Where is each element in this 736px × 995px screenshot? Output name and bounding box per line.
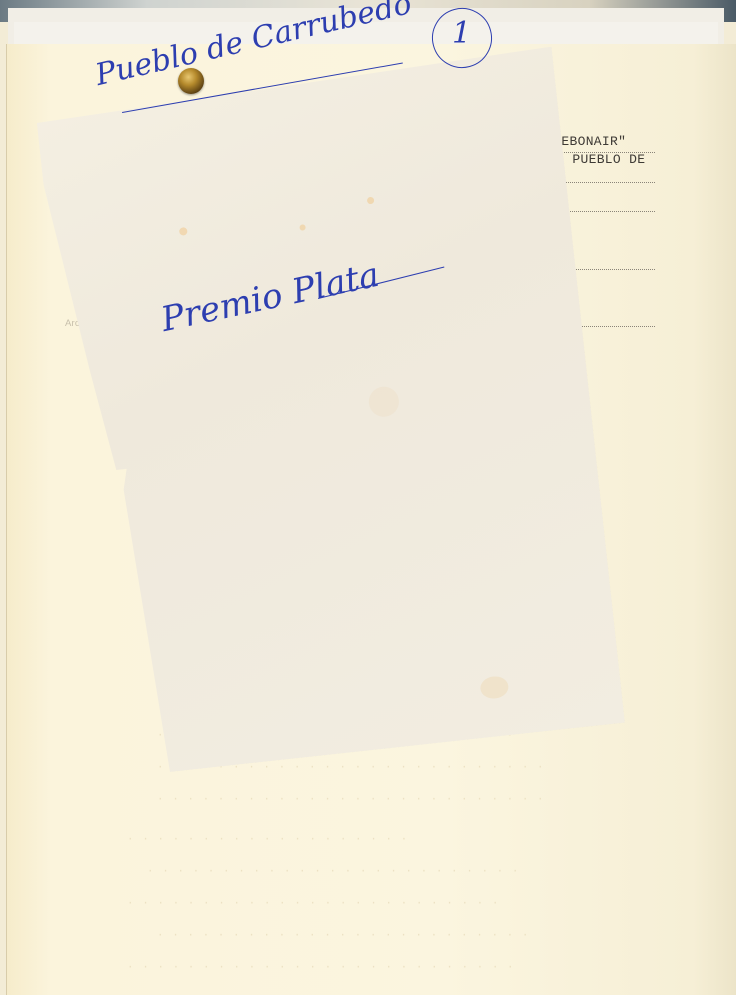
- foxing-stain: [367, 197, 375, 205]
- bleed-text-line: · · · · · · · · · · · · · · · · · · ·: [127, 834, 408, 846]
- note-number: 1: [452, 16, 471, 51]
- bleed-text-line: · · · · · · · · · · · · · · · · · · · · …: [157, 930, 529, 942]
- foxing-stain: [179, 227, 188, 236]
- brass-pin-icon: [178, 68, 204, 94]
- bleed-text-line: · · · · · · · · · · · · · · · · · · · · …: [127, 898, 499, 910]
- foxing-stain: [367, 385, 400, 418]
- foxing-stain: [299, 224, 306, 231]
- foxing-stain: [479, 675, 509, 700]
- bleed-text-line: · · · · · · · · · · · · · · · · · · · · …: [147, 866, 519, 878]
- bleed-text-line: · · · · · · · · · · · · · · · · · · · · …: [127, 962, 515, 974]
- bleed-text-line: · · · · · · · · · · · · · · · · · · · · …: [157, 794, 545, 806]
